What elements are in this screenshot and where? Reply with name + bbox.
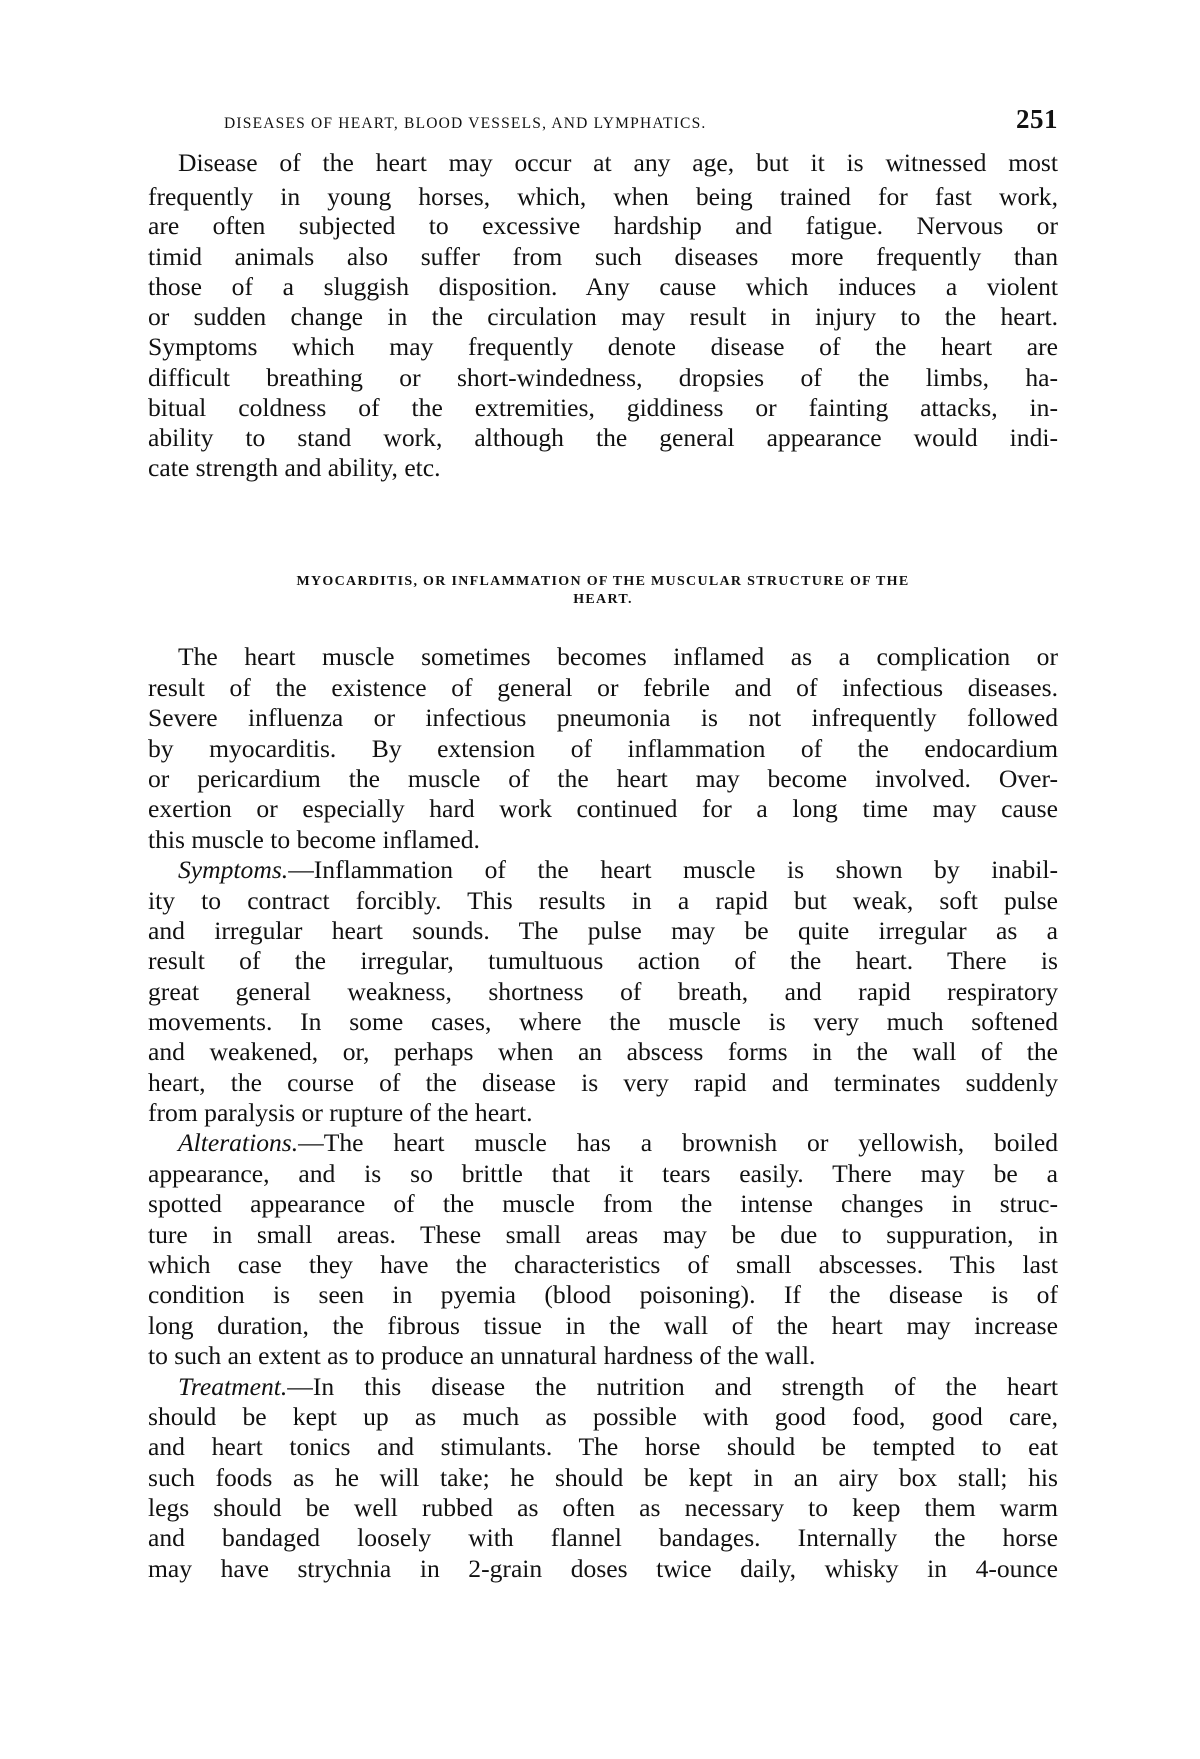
- text-line: and heart tonics and stimulants. The hor…: [148, 1430, 1058, 1464]
- text-line: are often subjected to excessive hardshi…: [148, 209, 1058, 243]
- text-line: those of a sluggish disposition. Any cau…: [148, 270, 1058, 304]
- alterations-label: Alterations.: [178, 1128, 298, 1157]
- text-line: bitual coldness of the extremities, gidd…: [148, 391, 1058, 425]
- text-line: Symptoms which may frequently denote dis…: [148, 330, 1058, 364]
- alterations-first-line: —The heart muscle has a brownish or yell…: [298, 1128, 1058, 1157]
- text-line: ture in small areas. These small areas m…: [148, 1218, 1058, 1252]
- text-line: Alterations.—The heart muscle has a brow…: [178, 1126, 1058, 1160]
- text-line: from paralysis or rupture of the heart.: [148, 1096, 1058, 1130]
- symptoms-label: Symptoms.: [178, 855, 288, 884]
- text-line: great general weakness, shortness of bre…: [148, 975, 1058, 1009]
- text-line: to such an extent as to produce an unnat…: [148, 1339, 1058, 1373]
- text-line: cate strength and ability, etc.: [148, 451, 1058, 485]
- text-line: or pericardium the muscle of the heart m…: [148, 762, 1058, 796]
- text-line: and weakened, or, perhaps when an absces…: [148, 1035, 1058, 1069]
- text-line: result of the irregular, tumultuous acti…: [148, 944, 1058, 978]
- section-heading-line2: HEART.: [148, 590, 1058, 610]
- text-line: exertion or especially hard work continu…: [148, 792, 1058, 826]
- treatment-label: Treatment.: [178, 1372, 287, 1401]
- text-line: should be kept up as much as possible wi…: [148, 1400, 1058, 1434]
- text-line: condition is seen in pyemia (blood poiso…: [148, 1278, 1058, 1312]
- text-line: heart, the course of the disease is very…: [148, 1066, 1058, 1100]
- text-line: Symptoms.—Inflammation of the heart musc…: [178, 853, 1058, 887]
- text-line: ity to contract forcibly. This results i…: [148, 884, 1058, 918]
- text-line: legs should be well rubbed as often as n…: [148, 1491, 1058, 1525]
- text-line: spotted appearance of the muscle from th…: [148, 1187, 1058, 1221]
- text-line: timid animals also suffer from such dise…: [148, 240, 1058, 274]
- treatment-first-line: —In this disease the nutrition and stren…: [287, 1372, 1058, 1401]
- text-line: and irregular heart sounds. The pulse ma…: [148, 914, 1058, 948]
- text-line: by myocarditis. By extension of inflamma…: [148, 732, 1058, 766]
- text-line: this muscle to become inflamed.: [148, 823, 1058, 857]
- text-line: such foods as he will take; he should be…: [148, 1461, 1058, 1495]
- text-line: movements. In some cases, where the musc…: [148, 1005, 1058, 1039]
- text-line: difficult breathing or short-windedness,…: [148, 361, 1058, 395]
- text-line: ability to stand work, although the gene…: [148, 421, 1058, 455]
- section-heading-line1: MYOCARDITIS, OR INFLAMMATION OF THE MUSC…: [148, 572, 1058, 592]
- running-head: DISEASES OF HEART, BLOOD VESSELS, AND LY…: [224, 104, 1058, 135]
- text-line: result of the existence of general or fe…: [148, 671, 1058, 705]
- text-line: or sudden change in the circulation may …: [148, 300, 1058, 334]
- text-line: Disease of the heart may occur at any ag…: [178, 146, 1058, 180]
- text-line: appearance, and is so brittle that it te…: [148, 1157, 1058, 1191]
- text-line: The heart muscle sometimes becomes infla…: [178, 640, 1058, 674]
- page-number: 251: [1016, 104, 1058, 135]
- symptoms-first-line: —Inflammation of the heart muscle is sho…: [288, 855, 1058, 884]
- running-title: DISEASES OF HEART, BLOOD VESSELS, AND LY…: [224, 115, 706, 133]
- text-line: may have strychnia in 2-grain doses twic…: [148, 1552, 1058, 1586]
- text-line: long duration, the fibrous tissue in the…: [148, 1309, 1058, 1343]
- text-line: Severe influenza or infectious pneumonia…: [148, 701, 1058, 735]
- text-line: Treatment.—In this disease the nutrition…: [178, 1370, 1058, 1404]
- text-line: which case they have the characteristics…: [148, 1248, 1058, 1282]
- text-line: and bandaged loosely with flannel bandag…: [148, 1521, 1058, 1555]
